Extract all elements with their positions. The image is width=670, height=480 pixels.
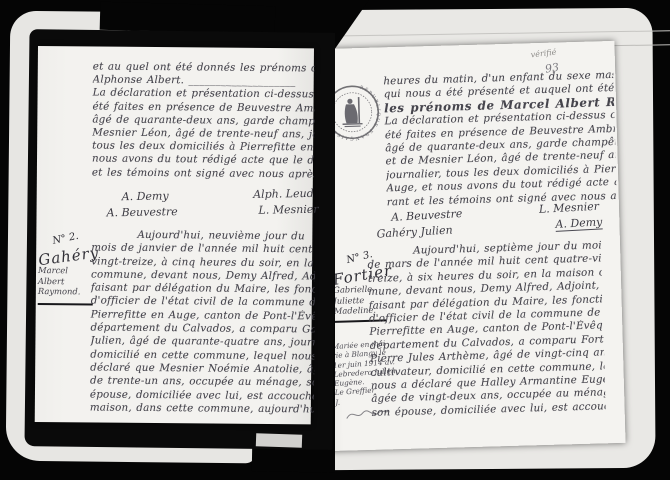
handwriting-line: et les témoins ont signé avec nous après…: [92, 166, 314, 181]
act2-body-text: Aujourd'hui, neuvième jour dumois de jan…: [90, 228, 316, 416]
act3-body-text: Aujourd'hui, septième jour du moisde mar…: [367, 239, 606, 420]
page-corner-peek: [256, 433, 302, 448]
republique-francaise-stamp: RÉPUBLIQUE FRANÇAISE: [335, 80, 382, 144]
act1-signature-row-1: A. Demy Alph. Leud: [122, 187, 314, 203]
handwriting-line: de trente-un ans, occupée au ménage, son: [90, 375, 314, 390]
handwriting-line: maison, dans cette commune, aujourd'hui,…: [90, 401, 314, 416]
signature: A. Beuvestre: [106, 205, 177, 219]
act-given-names: Raymond.: [38, 286, 94, 297]
act2-continuation-text: heures du matin, d'un enfant du sexe mas…: [383, 69, 617, 209]
register-page-right: vérifié 93 RÉPUBLIQUE FRANÇAISE heures d…: [335, 41, 626, 451]
archive-scan-root: { "colors": {"background":"#050505","mat…: [0, 0, 670, 480]
handwriting-line: La déclaration et présentation ci-dessus…: [93, 87, 315, 102]
act1-closing-text: et au quel ont été donnés les prénoms de…: [92, 60, 315, 181]
pencil-annotation: vérifié: [530, 47, 557, 59]
signature: A. Beuvestre: [391, 207, 463, 224]
signature: L. Mesnier: [539, 200, 600, 216]
signature: A. Demy: [555, 215, 603, 232]
signature: L. Mesnier: [258, 203, 318, 217]
right-scan: vérifié 93 RÉPUBLIQUE FRANÇAISE heures d…: [335, 0, 670, 480]
marianne-figure: [342, 97, 363, 127]
signature: Alph. Leud: [253, 187, 314, 201]
register-page-left: et au quel ont été donnés les prénoms de…: [35, 46, 314, 424]
signature: Gahéry Julien: [376, 223, 453, 241]
act1-signature-row-2: A. Beuvestre L. Mesnier: [106, 203, 318, 220]
act-number: N° 2.: [51, 231, 79, 247]
left-scan: et au quel ont été donnés les prénoms de…: [0, 0, 335, 480]
margin-rule: [38, 303, 93, 306]
act2-margin-annotation: N° 2. Gahéry Marcel Albert Raymond.: [38, 226, 95, 305]
signature: A. Demy: [122, 189, 169, 203]
handwriting-line: mois de janvier de l'année mil huit cent…: [91, 242, 315, 257]
